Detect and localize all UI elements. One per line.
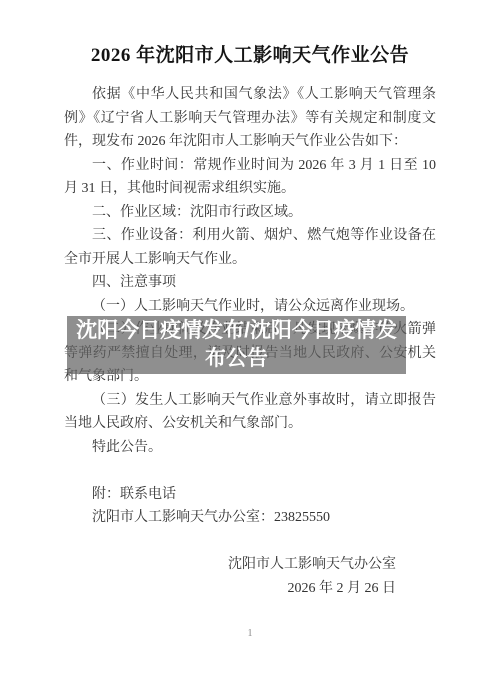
signature-date: 2026 年 2 月 26 日 (64, 577, 396, 601)
attachment-label: 附：联系电话 (64, 483, 436, 507)
item-4-notes-heading: 四、注意事项 (64, 271, 436, 295)
document-page: 2026 年沈阳市人工影响天气作业公告 依据《中华人民共和国气象法》《人工影响天… (0, 0, 500, 693)
note-1: （一）人工影响天气作业时，请公众远离作业现场。 (64, 295, 436, 319)
signature-org: 沈阳市人工影响天气办公室 (64, 553, 396, 577)
closing-line: 特此公告。 (64, 436, 436, 460)
note-3: （三）发生人工影响天气作业意外事故时，请立即报告当地人民政府、公安机关和气象部门… (64, 389, 436, 436)
item-3-equipment: 三、作业设备：利用火箭、烟炉、燃气炮等作业设备在全市开展人工影响天气作业。 (64, 224, 436, 271)
document-title: 2026 年沈阳市人工影响天气作业公告 (64, 43, 436, 69)
blank-line (64, 459, 436, 483)
intro-paragraph: 依据《中华人民共和国气象法》《人工影响天气管理条例》《辽宁省人工影响天气管理办法… (64, 83, 436, 154)
signature-block: 沈阳市人工影响天气办公室 2026 年 2 月 26 日 (64, 553, 436, 600)
blank-line (64, 530, 436, 554)
page-number: 1 (64, 628, 436, 640)
item-2-operation-area: 二、作业区域：沈阳市行政区域。 (64, 201, 436, 225)
watermark-text: 沈阳今日疫情发布/沈阳今日疫情发布公告 (67, 317, 406, 373)
watermark-band: 沈阳今日疫情发布/沈阳今日疫情发布公告 (67, 316, 406, 374)
contact-phone: 沈阳市人工影响天气办公室：23825550 (64, 506, 436, 530)
item-1-operation-time: 一、作业时间：常规作业时间为 2026 年 3 月 1 日至 10 月 31 日… (64, 154, 436, 201)
